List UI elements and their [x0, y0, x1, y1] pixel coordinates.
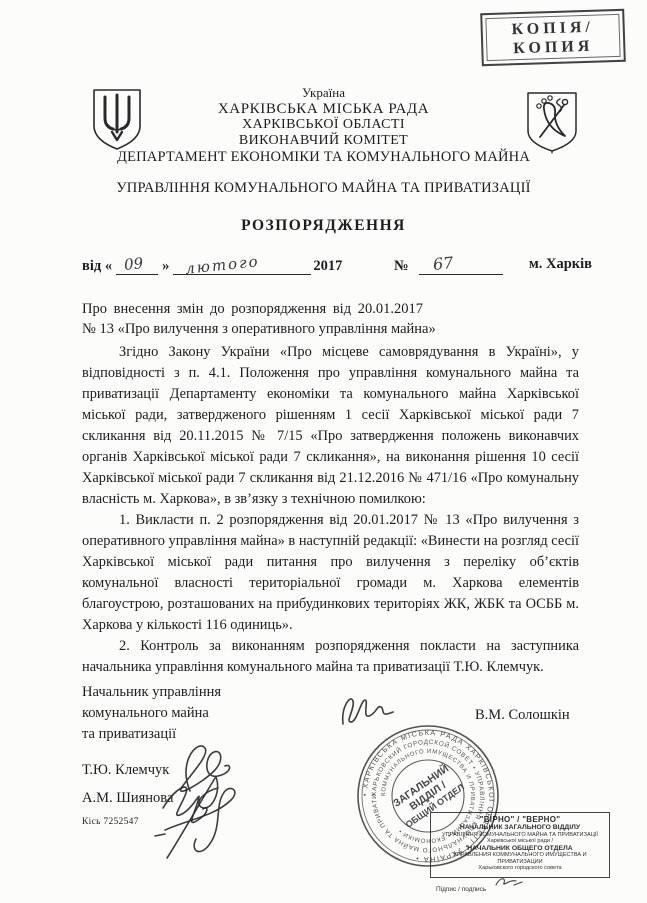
copy-stamp-frame: КОПІЯ/ КОПИЯ [485, 14, 620, 61]
copy-stamp-line1: КОПІЯ/ [511, 17, 594, 39]
scanned-document-page: КОПІЯ/ КОПИЯ Україна ХАРКІ [0, 0, 647, 903]
copy-stamp-line2: КОПИЯ [513, 36, 594, 58]
cert-stamp-sign-label: Підпис / подпись [436, 886, 486, 893]
certification-stamp: "ВІРНО" / "ВЕРНО" НАЧАЛЬНИК ЗАГАЛЬНОГО В… [430, 812, 610, 878]
signer-position-line1: Начальник управління [82, 682, 221, 703]
copy-stamp: КОПІЯ/ КОПИЯ [480, 9, 626, 66]
city-label: м. Харків [529, 256, 592, 273]
date-prefix: від « [82, 258, 112, 275]
signer-position-line2: комунального майна [82, 703, 221, 724]
trident-emblem-icon [85, 87, 149, 158]
date-group: від « 09 » лютого 2017 [82, 256, 342, 275]
executor-phone-footnote: Кісь 7252547 [82, 817, 139, 827]
header-department: УПРАВЛІННЯ КОМУНАЛЬНОГО МАЙНА ТА ПРИВАТИ… [0, 180, 647, 196]
body-paragraph-preamble: Згідно Закону України «Про місцеве самов… [82, 342, 579, 510]
number-sign: № [394, 258, 409, 275]
cert-stamp-line1: НАЧАЛЬНИК ЗАГАЛЬНОГО ВІДДІЛУ [434, 824, 606, 832]
date-year: 2017 [313, 258, 342, 275]
body-paragraph-item1: 1. Викласти п. 2 розпорядження від 20.01… [82, 510, 579, 636]
document-body: Згідно Закону України «Про місцеве самов… [82, 342, 579, 678]
number-group: № 67 [394, 256, 503, 275]
date-day-blank: 09 [116, 256, 158, 275]
cert-stamp-line5: УПРАВЛЕНИЯ КОММУНАЛЬНОГО ИМУЩЕСТВА И ПРИ… [434, 852, 606, 865]
cert-stamp-sign-row: Підпис / подпись [434, 875, 606, 893]
kharkiv-coat-of-arms-icon [521, 90, 583, 159]
body-paragraph-item2: 2. Контроль за виконанням розпорядження … [82, 636, 579, 678]
document-type-title: РОЗПОРЯДЖЕННЯ [0, 217, 647, 235]
cert-stamp-signature-icon [492, 875, 526, 893]
date-close-quote: » [162, 258, 169, 275]
date-month-blank: лютого [173, 256, 311, 275]
date-and-number-line: від « 09 » лютого 2017 № 67 м. Харків [82, 251, 592, 275]
subject-line1: Про внесення змін до розпорядження від 2… [82, 299, 494, 319]
cert-stamp-line6: Харьковского городского совета [434, 865, 606, 872]
cert-stamp-title: "ВІРНО" / "ВЕРНО" [434, 815, 606, 824]
handwritten-month: лютого [185, 252, 261, 278]
handwritten-number: 67 [432, 253, 454, 274]
cert-stamp-line4: НАЧАЛЬНИК ОБЩЕГО ОТДЕЛА [434, 845, 606, 853]
signature-executor-icon [145, 770, 260, 870]
number-blank: 67 [419, 256, 503, 275]
handwritten-day: 09 [123, 254, 144, 274]
subject-block: Про внесення змін до розпорядження від 2… [82, 299, 494, 339]
subject-line2: № 13 «Про вилучення з оперативного управ… [82, 319, 494, 339]
